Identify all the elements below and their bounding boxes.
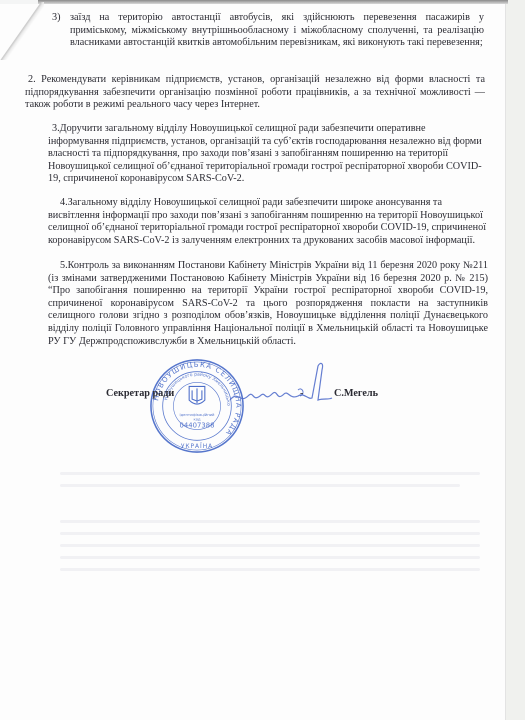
signatory-position: Секретар ради (106, 388, 174, 399)
paragraph-5: 5.Контроль за виконанням Постанови Кабін… (48, 260, 488, 348)
paragraph-3: 3.Доручити загальному відділу Новоушицьк… (48, 123, 488, 186)
list-item-3: 3) заїзд на територію автостанції автобу… (52, 12, 484, 50)
handwritten-signature (228, 360, 348, 410)
paragraph-2: 2. Рекомендувати керівникам підприємств,… (25, 74, 485, 112)
scan-top-edge (38, 0, 508, 4)
scan-edge (505, 0, 525, 720)
svg-text:Ідентифікаційний: Ідентифікаційний (180, 413, 216, 417)
signatory-name: С.Мегель (334, 388, 378, 399)
svg-text:04407388: 04407388 (180, 422, 215, 430)
paragraph-4: 4.Загальному відділу Новоушицької селищн… (48, 197, 488, 247)
svg-text:УКРАЇНА: УКРАЇНА (181, 443, 213, 450)
trident-icon (189, 386, 205, 404)
list-number: 3) (52, 12, 61, 25)
list-item-text: заїзд на територію автостанції автобусів… (70, 12, 484, 50)
signature-dash: - (300, 388, 303, 399)
page-fold-mark (0, 2, 44, 60)
